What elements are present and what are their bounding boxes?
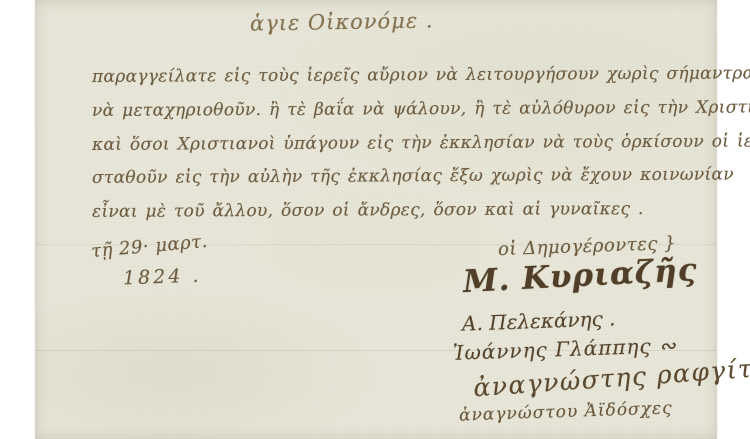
signature-2: Α. Πελεκάνης . bbox=[462, 306, 616, 335]
body-line: εἶναι μὲ τοῦ ἄλλου, ὅσον οἱ ἄνδρες, ὅσον… bbox=[92, 192, 750, 230]
manuscript-paper: ἁγιε Οἰκονόμε . παραγγείλατε εἰς τοὺς ἱε… bbox=[35, 0, 717, 439]
date-day-month: τῇ 29· μαρτ. bbox=[90, 231, 208, 262]
letter-body: παραγγείλατε εἰς τοὺς ἱερεῖς αὔριον νὰ λ… bbox=[92, 59, 750, 228]
body-line: καὶ ὅσοι Χριστιανοὶ ὑπάγουν εἰς τὴν ἐκκλ… bbox=[92, 125, 750, 163]
body-line: σταθοῦν εἰς τὴν αὐλὴν τῆς ἐκκλησίας ἔξω … bbox=[92, 158, 750, 196]
signature-5: ἀναγνώστου Ἀϊδόσχες bbox=[459, 398, 673, 425]
date-year: 1824 . bbox=[123, 265, 202, 290]
body-line: παραγγείλατε εἰς τοὺς ἱερεῖς αὔριον νὰ λ… bbox=[92, 57, 750, 95]
scan-background: ἁγιε Οἰκονόμε . παραγγείλατε εἰς τοὺς ἱε… bbox=[0, 0, 750, 439]
letter-heading: ἁγιε Οἰκονόμε . bbox=[250, 8, 434, 35]
signature-3: Ἰωάννης Γλάππης ∾ bbox=[453, 333, 677, 365]
body-line: νὰ μεταχηριοθοῦν. ἢ τὲ βαΐα νὰ ψάλουν, ἢ… bbox=[92, 91, 750, 129]
